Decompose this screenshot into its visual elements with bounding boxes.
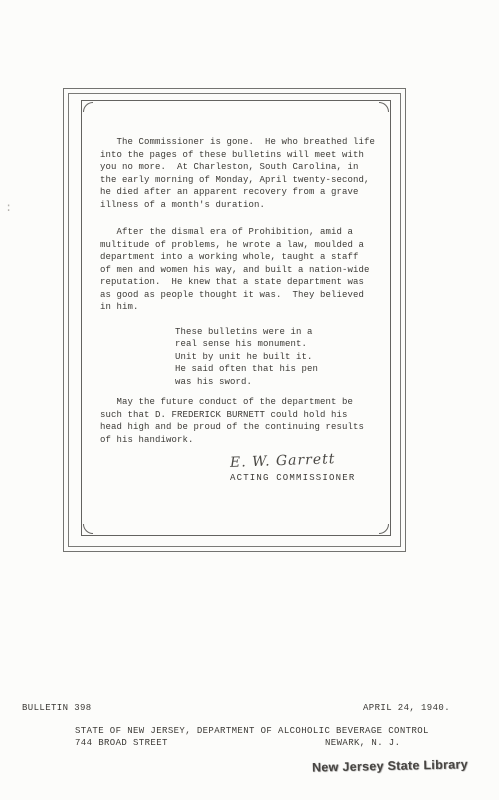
corner-ornament-top-left	[83, 102, 93, 112]
paragraph-prohibition-era: After the dismal era of Prohibition, ami…	[100, 226, 384, 314]
issue-date: APRIL 24, 1940.	[363, 703, 450, 713]
signature-ew-garrett: E. W. Garrett	[230, 451, 336, 471]
signature-block: E. W. Garrett ACTING COMMISSIONER	[230, 453, 384, 483]
city-address: NEWARK, N. J.	[325, 738, 400, 748]
corner-ornament-top-right	[379, 102, 389, 112]
ornamental-frame: The Commissioner is gone. He who breathe…	[63, 88, 406, 552]
signer-title: ACTING COMMISSIONER	[230, 473, 384, 483]
frame-inner-rule: The Commissioner is gone. He who breathe…	[81, 100, 391, 536]
agency-name-line: STATE OF NEW JERSEY, DEPARTMENT OF ALCOH…	[75, 726, 429, 736]
street-address: 744 BROAD STREET	[75, 738, 168, 748]
memorial-text-block: The Commissioner is gone. He who breathe…	[100, 136, 384, 483]
paragraph-future-conduct: May the future conduct of the department…	[100, 396, 384, 446]
document-page: : The Commissioner is gone. He who breat…	[0, 0, 499, 800]
corner-ornament-bottom-left	[83, 524, 93, 534]
paragraph-commissioner-gone: The Commissioner is gone. He who breathe…	[100, 136, 384, 211]
library-stamp: New Jersey State Library	[312, 757, 468, 774]
scan-noise-mark: :	[5, 201, 12, 215]
corner-ornament-bottom-right	[379, 524, 389, 534]
paragraph-bulletins-monument: These bulletins were in a real sense his…	[175, 326, 384, 389]
bulletin-number: BULLETIN 398	[22, 703, 92, 713]
